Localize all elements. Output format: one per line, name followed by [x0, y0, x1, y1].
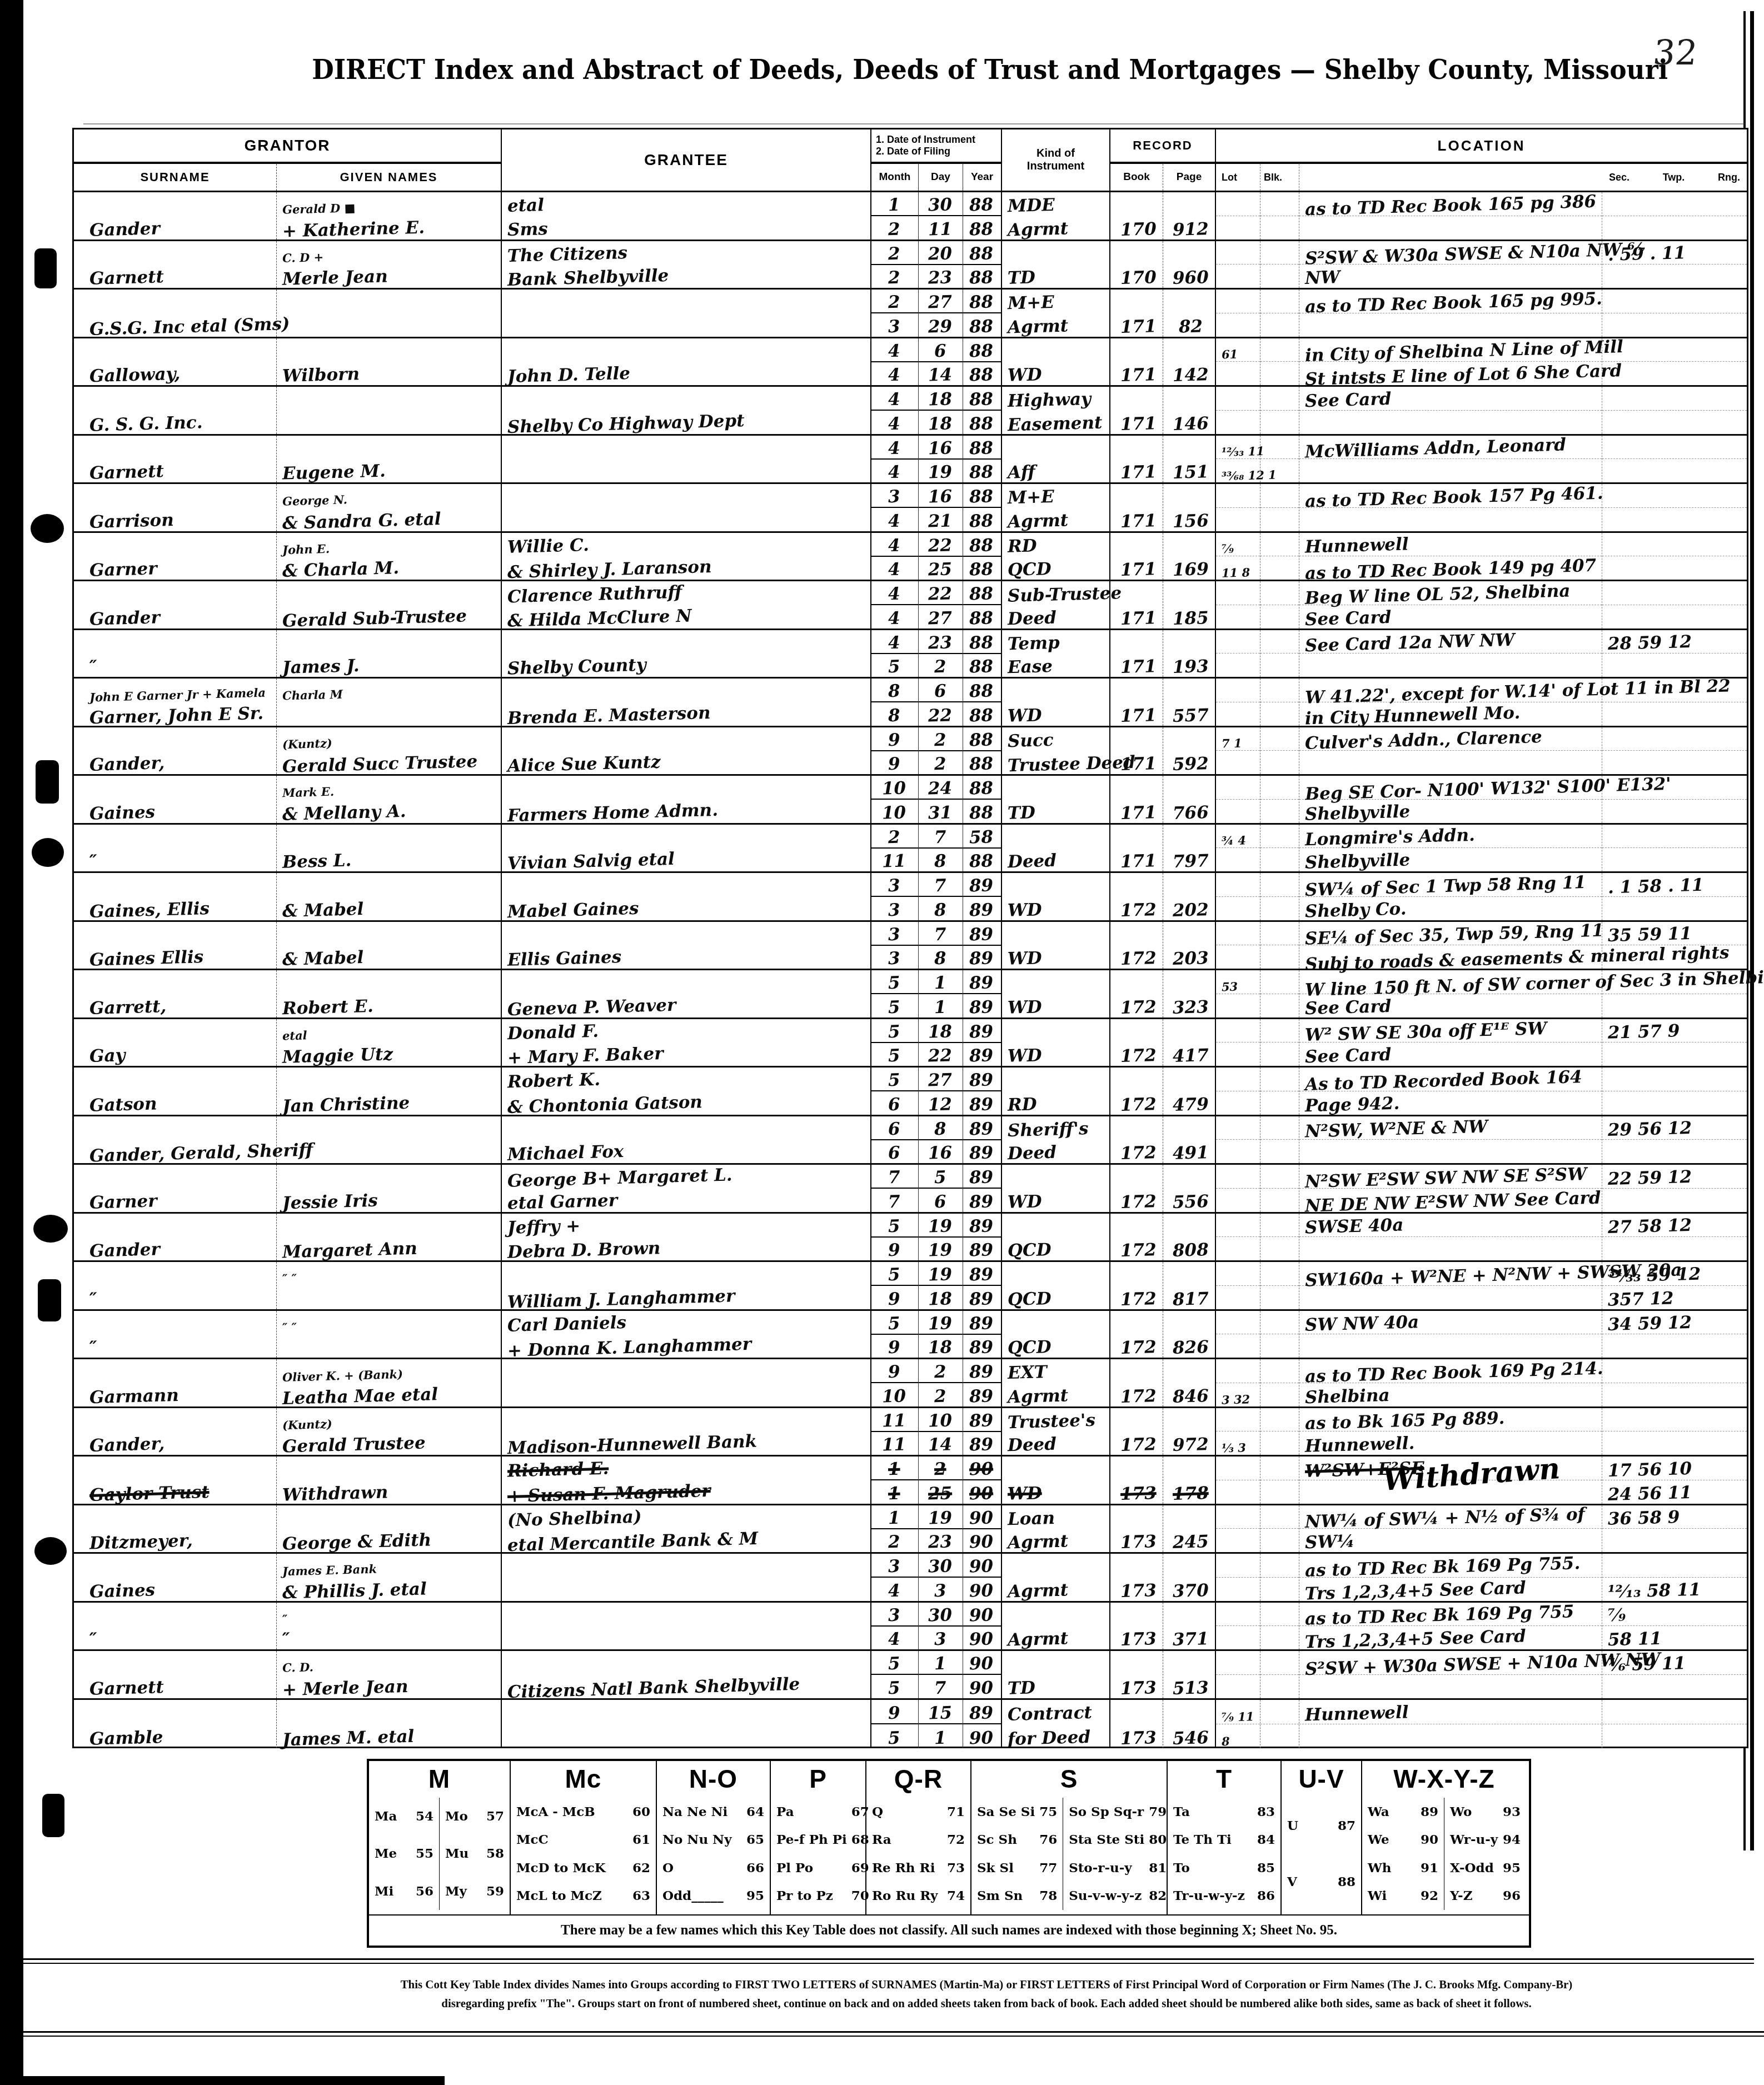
cell-record-page: 960 — [1163, 241, 1216, 288]
key-column: S Sa Se Si75Sc Sh76Sk Sl77Sm Sn78 So Sp … — [971, 1761, 1168, 1914]
handwritten-text: John E Garner Jr + Kamela — [89, 687, 266, 704]
cell-surname: ″ — [74, 1311, 277, 1358]
handwritten-text: Hunnewell — [1305, 536, 1409, 556]
key-entry: We90 — [1362, 1832, 1444, 1847]
key-entry-label: V — [1287, 1874, 1297, 1889]
handwritten-text: 171 — [1120, 804, 1157, 822]
cell-lot — [1216, 484, 1260, 531]
handwritten-text: 2 — [888, 245, 900, 263]
key-entry-label: O — [662, 1860, 674, 1875]
handwritten-text: ″ — [282, 1631, 291, 1648]
handwritten-text: 2 — [934, 1388, 946, 1405]
cell-blk — [1260, 630, 1299, 677]
handwritten-text: 4 — [888, 634, 900, 652]
handwritten-text: in City of Shelbina N Line of Mill — [1305, 338, 1624, 365]
table-row: Gamble James M. etal 95 151 8990 Contrac… — [74, 1700, 1747, 1749]
handwritten-text: Garrison — [89, 511, 174, 531]
handwritten-text: 11 8 — [1222, 566, 1250, 578]
handwritten-text: 35 59 11 — [1608, 925, 1692, 945]
handwritten-text: 171 — [1120, 318, 1157, 336]
cell-sec-twp-rng: . 1 58 . 11 — [1602, 873, 1747, 920]
cell-given-names — [277, 290, 502, 337]
handwritten-text: 1 — [934, 975, 946, 992]
key-column: Q-RQ71Ra72Re Rh Ri73Ro Ru Ry74 — [866, 1761, 971, 1914]
handwritten-text: 19 — [928, 1509, 952, 1527]
cell-record-page: 370 — [1163, 1554, 1216, 1601]
handwritten-text: Gander, — [89, 1435, 165, 1455]
cell-lot — [1216, 1554, 1260, 1601]
handwritten-text: 23 — [928, 269, 952, 287]
handwritten-text: Mabel Gaines — [507, 900, 639, 921]
handwritten-text: 16 — [928, 1144, 952, 1162]
handwritten-text: 88 — [969, 488, 994, 506]
cell-given-names: Jessie Iris — [277, 1165, 502, 1212]
key-entry: Re Rh Ri73 — [866, 1860, 970, 1875]
header-record: RECORD — [1110, 129, 1216, 164]
handwritten-text: & Phillis J. etal — [282, 1580, 427, 1602]
cell-record-book: 172 — [1110, 1019, 1163, 1066]
cell-blk — [1260, 241, 1299, 288]
cell-location: Withdrawn W²SW+E²SE — [1299, 1456, 1602, 1504]
cell-kind-of-instrument: WD — [1002, 679, 1110, 726]
handwritten-text: 28 59 12 — [1608, 634, 1692, 653]
key-entry-label: Ma — [375, 1809, 397, 1824]
handwritten-text: 88 — [969, 634, 994, 652]
key-entry: Pr to Pz70 — [771, 1888, 875, 1903]
cell-record-book: 171 — [1110, 484, 1163, 531]
cell-day: 1014 — [919, 1408, 963, 1455]
handwritten-text: 2 — [934, 659, 946, 676]
key-entry-label: No Nu Ny — [662, 1832, 732, 1847]
cell-grantee — [502, 1359, 871, 1406]
key-entry-number: 64 — [746, 1804, 764, 1819]
cell-day: 303 — [919, 1603, 963, 1650]
cell-blk — [1260, 1116, 1299, 1164]
key-entry-number: 92 — [1421, 1888, 1438, 1903]
cell-record-page: 193 — [1163, 630, 1216, 677]
rows-container: Gander Gerald D ■+ Katherine E. etalSms … — [74, 192, 1747, 1748]
handwritten-text: Garnett — [89, 463, 165, 482]
handwritten-text: 5 — [888, 999, 900, 1016]
handwritten-text: as to TD Rec Book 165 pg 386 — [1305, 193, 1597, 218]
cell-month: 1010 — [871, 776, 919, 823]
handwritten-text: SW NW 40a — [1305, 1314, 1419, 1334]
cell-sec-twp-rng: 35 59 11 — [1602, 922, 1747, 969]
cell-kind-of-instrument: Contractfor Deed — [1002, 1700, 1110, 1749]
handwritten-text: 90 — [969, 1655, 994, 1673]
handwritten-text: 11 — [882, 1436, 906, 1454]
handwritten-text: & Mabel — [282, 900, 364, 920]
key-letter: M — [369, 1761, 510, 1797]
handwritten-text: ″ — [89, 1290, 98, 1308]
handwritten-text: Shelbyville — [1305, 803, 1411, 823]
cell-day: 3011 — [919, 192, 963, 240]
cell-lot — [1216, 1214, 1260, 1261]
handwritten-text: 171 — [1120, 658, 1157, 676]
handwritten-text: NE DE NW E²SW NW See Card — [1305, 1189, 1601, 1215]
handwritten-text: 89 — [969, 1023, 994, 1041]
cell-record-book: 171 — [1110, 825, 1163, 872]
cell-kind-of-instrument: EXTAgrmt — [1002, 1359, 1110, 1406]
key-entry-label: Mi — [375, 1884, 393, 1899]
cell-location: as to TD Rec Book 169 Pg 214.Shelbina — [1299, 1359, 1602, 1406]
handwritten-text: 2 — [934, 756, 946, 774]
handwritten-text: 193 — [1173, 658, 1209, 676]
handwritten-text: 89 — [969, 950, 994, 967]
cell-location: as to TD Rec Bk 169 Pg 755.Trs 1,2,3,4+5… — [1299, 1554, 1602, 1601]
handwritten-text: 88 — [969, 294, 994, 312]
handwritten-text: ⁷⁄₆ 59 11 — [1608, 1655, 1686, 1674]
cell-lot — [1216, 1603, 1260, 1650]
cell-day: 2729 — [919, 290, 963, 337]
cell-given-names — [277, 387, 502, 434]
header-surname: SURNAME — [74, 164, 277, 191]
handwritten-text: 172 — [1120, 1096, 1157, 1114]
cell-month: 33 — [871, 922, 919, 969]
cell-kind-of-instrument: WD — [1002, 970, 1110, 1017]
cell-record-book: 171 — [1110, 776, 1163, 823]
handwritten-text: 58 — [969, 829, 994, 846]
handwritten-text: 27 — [928, 610, 952, 627]
cell-grantee: John D. Telle — [502, 338, 871, 386]
handwritten-text: 546 — [1173, 1729, 1209, 1748]
cell-month: 95 — [871, 1700, 919, 1749]
cell-year: 8888 — [963, 776, 1002, 823]
cell-given-names: ″ ″ — [277, 1262, 502, 1309]
cell-day: 1621 — [919, 484, 963, 531]
handwritten-text: 88 — [969, 197, 994, 215]
handwritten-text: 2 — [888, 829, 900, 846]
handwritten-text: N²SW E²SW SW NW SE S²SW — [1305, 1166, 1587, 1191]
cell-lot: ¹⁄₃ 3 — [1216, 1408, 1260, 1455]
key-entry-label: Wi — [1368, 1888, 1387, 1903]
cell-month: 59 — [871, 1214, 919, 1261]
cell-month: 22 — [871, 241, 919, 288]
cell-grantee — [502, 484, 871, 531]
key-entry-number: 89 — [1421, 1804, 1438, 1819]
handwritten-text: 5 — [888, 1023, 900, 1041]
handwritten-text: Gerald Sub-Trustee — [282, 607, 467, 630]
cell-day: 225 — [919, 1456, 963, 1504]
cell-month: 59 — [871, 1262, 919, 1309]
cell-sec-twp-rng — [1602, 484, 1747, 531]
cell-record-page: 203 — [1163, 922, 1216, 969]
punch-hole — [38, 1279, 61, 1321]
handwritten-text: Garner — [89, 560, 157, 579]
handwritten-text: 370 — [1173, 1582, 1209, 1600]
cell-given-names: C. D.+ Merle Jean — [277, 1651, 502, 1698]
cell-sec-twp-rng — [1602, 1408, 1747, 1455]
handwritten-text: 4 — [888, 415, 900, 433]
handwritten-text: 22 59 12 — [1608, 1169, 1692, 1188]
cell-grantee: Jeffry +Debra D. Brown — [502, 1214, 871, 1261]
handwritten-text: Maggie Utz — [282, 1046, 393, 1066]
handwritten-text: 29 56 12 — [1608, 1120, 1692, 1139]
handwritten-text: 6 — [888, 1096, 900, 1114]
key-entry: No Nu Ny65 — [657, 1832, 770, 1847]
handwritten-text: 22 — [928, 586, 952, 603]
cell-given-names: ″ ″ — [277, 1311, 502, 1358]
handwritten-text: 24 56 11 — [1608, 1484, 1692, 1503]
key-entry: Wa89 — [1362, 1804, 1444, 1819]
handwritten-text: 19 — [928, 463, 952, 481]
handwritten-text: 89 — [969, 877, 994, 895]
cell-lot — [1216, 776, 1260, 823]
handwritten-text: 169 — [1173, 561, 1209, 579]
handwritten-text: 16 — [928, 488, 952, 506]
handwritten-text: 4 — [888, 512, 900, 530]
handwritten-text: 88 — [969, 658, 994, 676]
cell-month: 55 — [871, 1019, 919, 1066]
table-row: Gander, (Kuntz)Gerald Trustee Madison-Hu… — [74, 1408, 1747, 1457]
handwritten-text: 171 — [1120, 415, 1157, 433]
cell-sec-twp-rng — [1602, 387, 1747, 434]
cell-record-page: 972 — [1163, 1408, 1216, 1455]
key-entry-label: U — [1287, 1818, 1298, 1833]
key-entry: O66 — [657, 1860, 770, 1875]
cell-month: 88 — [871, 679, 919, 726]
table-row: Garner John E.& Charla M. Willie C.& Shi… — [74, 533, 1747, 582]
handwritten-text: 8 — [888, 707, 900, 725]
key-entry-label: Pl Po — [776, 1860, 813, 1875]
handwritten-text: Aff — [1008, 463, 1036, 481]
cell-sec-twp-rng — [1602, 776, 1747, 823]
cell-blk — [1260, 338, 1299, 386]
cell-location: SW¼ of Sec 1 Twp 58 Rng 11Shelby Co. — [1299, 873, 1602, 920]
handwritten-text: Willie C. — [507, 537, 590, 556]
key-entry: Sc Sh76 — [971, 1832, 1063, 1847]
cell-blk — [1260, 727, 1299, 775]
cell-lot: 3 32 — [1216, 1359, 1260, 1406]
handwritten-text: 3 — [888, 877, 900, 895]
cell-record-page: 156 — [1163, 484, 1216, 531]
cell-lot — [1216, 581, 1260, 629]
handwritten-text: 88 — [969, 440, 994, 457]
key-entry-label: Y-Z — [1450, 1888, 1472, 1903]
handwritten-text: 171 — [1120, 512, 1157, 531]
handwritten-text: Sub-Trustee — [1008, 585, 1122, 605]
handwritten-text: 90 — [969, 1679, 994, 1697]
scan-edge-left — [0, 0, 23, 2085]
handwritten-text: 171 — [1120, 610, 1157, 628]
handwritten-text: 5 — [888, 1730, 900, 1748]
handwritten-text: WD — [1008, 707, 1043, 725]
handwritten-text: 21 57 9 — [1608, 1022, 1680, 1042]
handwritten-text: Geneva P. Weaver — [507, 996, 676, 1018]
header-page: Page — [1163, 164, 1216, 191]
key-entry-number: 63 — [632, 1888, 650, 1903]
cell-record-book: 172 — [1110, 1262, 1163, 1309]
cell-grantee: George B+ Margaret L.etal Garner — [502, 1165, 871, 1212]
header-kind: Kind ofInstrument — [1002, 129, 1110, 191]
handwritten-text: 14 — [928, 1436, 952, 1454]
cell-blk — [1260, 1214, 1299, 1261]
handwritten-text: 6 — [934, 342, 946, 360]
handwritten-text: 90 — [969, 1729, 994, 1747]
key-entry-number: 81 — [1149, 1860, 1167, 1875]
handwritten-text: 8 — [1222, 1735, 1230, 1747]
cell-record-book: 173 — [1110, 1554, 1163, 1601]
header-book: Book — [1110, 164, 1163, 191]
header-location: LOCATION — [1216, 129, 1747, 164]
key-entry-label: Ra — [872, 1832, 891, 1847]
table-row: John E Garner Jr + KamelaGarner, John E … — [74, 679, 1747, 727]
key-entry-label: Te Th Ti — [1173, 1832, 1232, 1847]
cell-grantee: Richard E.+ Susan F. Magruder — [502, 1456, 871, 1504]
cell-blk — [1260, 1651, 1299, 1698]
handwritten-text: 3 — [888, 926, 900, 944]
key-entry-label: Re Rh Ri — [872, 1860, 935, 1875]
handwritten-text: in City Hunnewell Mo. — [1305, 704, 1521, 727]
key-entry-number: 57 — [486, 1809, 504, 1824]
cell-record-book: 171 — [1110, 679, 1163, 726]
handwritten-text: 19 — [928, 1218, 952, 1235]
punch-hole — [32, 838, 64, 867]
cell-day: 78 — [919, 873, 963, 920]
cell-sec-twp-rng: 34 59 12 — [1602, 1311, 1747, 1358]
cell-kind-of-instrument: SuccTrustee Deed — [1002, 727, 1110, 775]
cell-location: as to TD Rec Book 165 pg 386 — [1299, 192, 1602, 240]
handwritten-text: Deed — [1008, 852, 1057, 871]
cell-blk — [1260, 922, 1299, 969]
cell-surname: Gamble — [74, 1700, 277, 1749]
cell-lot — [1216, 241, 1260, 288]
handwritten-text: 14 — [928, 366, 952, 384]
cell-lot — [1216, 1651, 1260, 1698]
cell-location: S²SW + W30a SWSE + N10a NW NW — [1299, 1651, 1602, 1698]
key-entry: Ma54 — [369, 1809, 439, 1824]
cell-surname: Gander, — [74, 727, 277, 775]
cell-record-page: 766 — [1163, 776, 1216, 823]
handwritten-text: Trustee's — [1008, 1412, 1096, 1431]
cell-month: 910 — [871, 1359, 919, 1406]
handwritten-text: 89 — [969, 1436, 994, 1454]
handwritten-text: See Card — [1305, 997, 1392, 1017]
handwritten-text: 5 — [888, 1072, 900, 1090]
handwritten-text: 6 — [934, 1193, 946, 1211]
handwritten-text: Page 942. — [1305, 1095, 1400, 1115]
handwritten-text: 11 — [928, 221, 952, 238]
key-entry: Sk Sl77 — [971, 1860, 1063, 1875]
cell-grantee: Vivian Salvig etal — [502, 825, 871, 872]
cell-grantee: Madison-Hunnewell Bank — [502, 1408, 871, 1455]
handwritten-text: & Chontonia Gatson — [507, 1094, 703, 1116]
handwritten-text: 88 — [969, 852, 994, 870]
cell-record-book: 171 — [1110, 533, 1163, 580]
handwritten-text: 18 — [928, 1339, 952, 1356]
cell-blk — [1260, 1311, 1299, 1358]
table-row: G. S. G. Inc. Shelby Co Highway Dept 44 … — [74, 387, 1747, 436]
handwritten-text: 11 — [882, 852, 906, 870]
cell-kind-of-instrument: Agrmt — [1002, 1554, 1110, 1601]
handwritten-text: James J. — [282, 657, 360, 677]
handwritten-text: Garmann — [89, 1386, 180, 1406]
cell-lot — [1216, 1311, 1260, 1358]
handwritten-text: 88 — [969, 245, 994, 263]
handwritten-text: etal Garner — [507, 1192, 618, 1213]
handwritten-text: Agrmt — [1008, 220, 1069, 239]
key-letter: T — [1168, 1761, 1280, 1797]
handwritten-text: Jessie Iris — [282, 1192, 378, 1212]
handwritten-text: 88 — [969, 221, 994, 238]
table-row: Gander Margaret Ann Jeffry +Debra D. Bro… — [74, 1214, 1747, 1263]
handwritten-text: C. D + — [282, 251, 324, 264]
table-right-border-line2 — [1750, 11, 1754, 1850]
handwritten-text: 1 — [934, 1730, 946, 1748]
handwritten-text: 82 — [1178, 318, 1203, 336]
handwritten-text: James E. Bank — [282, 1563, 377, 1578]
cell-record-page: 185 — [1163, 581, 1216, 629]
handwritten-text: 25 — [928, 561, 952, 578]
handwritten-text: 9 — [888, 1339, 900, 1357]
cell-location: Hunnewell — [1299, 1700, 1602, 1749]
cell-record-page: 846 — [1163, 1359, 1216, 1406]
cell-day: 614 — [919, 338, 963, 386]
handwritten-text: Shelbina — [1305, 1386, 1390, 1406]
handwritten-text: 90 — [969, 1558, 994, 1576]
cell-day: 2227 — [919, 581, 963, 629]
handwritten-text: Trs 1,2,3,4+5 See Card — [1305, 1628, 1526, 1651]
key-entry-label: Tr-u-w-y-z — [1173, 1888, 1245, 1903]
cell-year: 9090 — [963, 1651, 1002, 1698]
cell-given-names: George N.& Sandra G. etal — [277, 484, 502, 531]
handwritten-text: 171 — [1120, 463, 1157, 482]
handwritten-text: . 1 58 . 11 — [1608, 876, 1704, 896]
handwritten-text: 89 — [969, 1266, 994, 1284]
cell-sec-twp-rng: ⁷⁄₆ 59 11 — [1602, 1651, 1747, 1698]
handwritten-text: Beg W line OL 52, Shelbina — [1305, 582, 1571, 607]
key-entry-label: To — [1173, 1860, 1190, 1875]
cell-lot: ⁷⁄₉11 8 — [1216, 533, 1260, 580]
handwritten-text: 88 — [969, 804, 994, 822]
key-entry-number: 87 — [1338, 1818, 1356, 1833]
handwritten-text: RD — [1008, 537, 1038, 555]
handwritten-text: 22 — [928, 707, 952, 725]
cell-month: 34 — [871, 1554, 919, 1601]
handwritten-text: 58 11 — [1608, 1630, 1662, 1649]
handwritten-text: 88 — [969, 269, 994, 287]
cell-location: See Card 12a NW NW — [1299, 630, 1602, 677]
handwritten-text: 89 — [969, 926, 994, 944]
handwritten-text: ³⁴⁄₃₃ 59 12 — [1608, 1265, 1701, 1285]
header-lot: Lot — [1216, 164, 1260, 191]
cell-grantee: Shelby Co Highway Dept — [502, 387, 871, 434]
key-entry-number: 74 — [947, 1888, 965, 1903]
key-entry: McL to McZ63 — [511, 1888, 656, 1903]
key-entry-label: Pe-f Ph Pi — [776, 1832, 847, 1847]
key-entry: Pl Po69 — [771, 1860, 875, 1875]
key-entry: Sm Sn78 — [971, 1888, 1063, 1903]
key-entry-number: 54 — [416, 1809, 433, 1824]
handwritten-text: Farmers Home Admn. — [507, 801, 719, 825]
handwritten-text: Gaines — [89, 1582, 156, 1600]
handwritten-text: (Kuntz) — [282, 737, 332, 751]
handwritten-text: TD — [1008, 269, 1036, 287]
key-entry-label: McL to McZ — [516, 1888, 602, 1903]
key-entry: X-Odd95 — [1444, 1860, 1526, 1875]
handwritten-text: WD — [1008, 1047, 1043, 1065]
cell-grantee: The CitizensBank Shelbyville — [502, 241, 871, 288]
cell-record-book: 171 — [1110, 290, 1163, 337]
handwritten-text: 89 — [969, 1047, 994, 1065]
handwritten-text: George & Edith — [282, 1532, 432, 1553]
handwritten-text: 21 — [928, 512, 952, 530]
key-entry: McC61 — [511, 1832, 656, 1847]
table-row: Garner Jessie Iris George B+ Margaret L.… — [74, 1165, 1747, 1214]
cell-record-book: 173 — [1110, 1700, 1163, 1749]
cell-record-page: 817 — [1163, 1262, 1216, 1309]
handwritten-text: ″ — [89, 659, 98, 676]
